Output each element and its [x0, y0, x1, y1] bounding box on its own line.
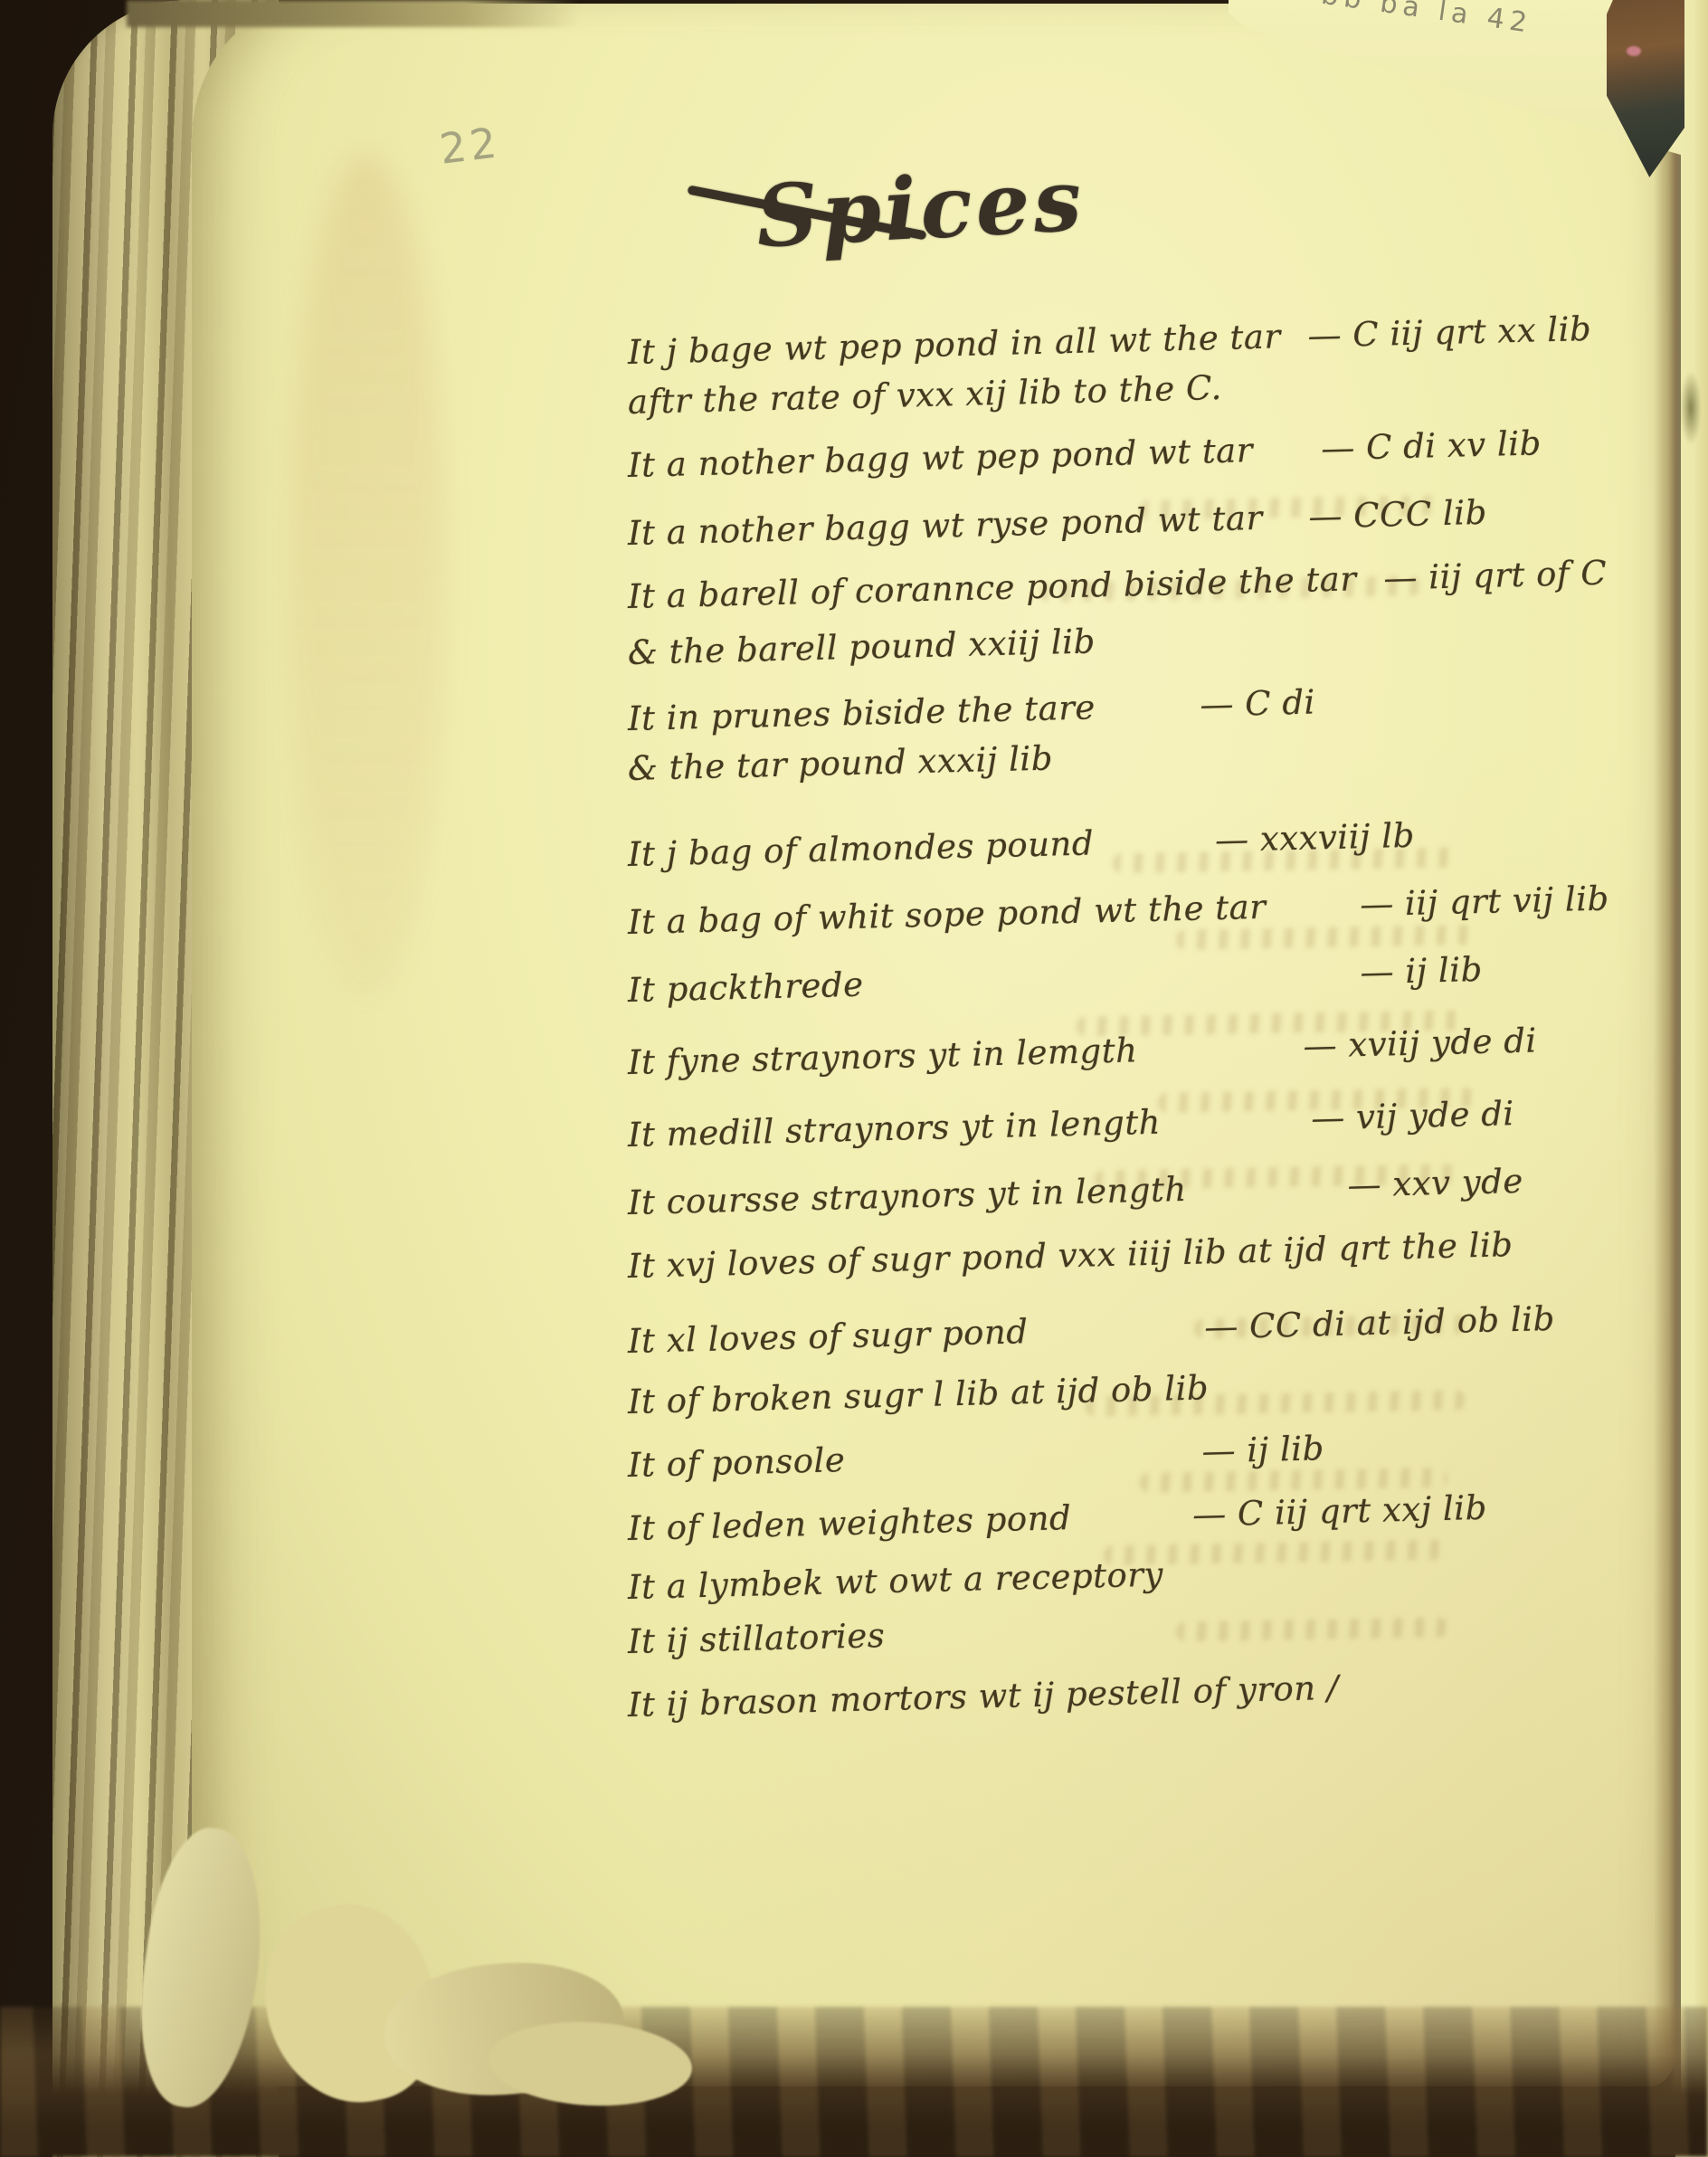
line-item-text: It ij stillatories: [627, 1616, 885, 1661]
line-item-text: It of ponsole: [627, 1440, 845, 1485]
line-amount: — ij lib: [1201, 1429, 1324, 1470]
line-amount: — xxxviij lb: [1215, 816, 1416, 860]
red-speck: [1627, 46, 1641, 56]
line-amount: — C iij qrt xx lib: [1307, 309, 1592, 356]
line-amount: — vij yde di: [1311, 1094, 1514, 1137]
page-bottom-shadow: [0, 2007, 1708, 2157]
line-amount: — CCC lib: [1308, 493, 1487, 537]
folio-number-pencil: 22: [437, 118, 503, 174]
page-stain: [289, 154, 443, 995]
line-amount: — C di: [1200, 682, 1315, 724]
line-amount: — C di xv lib: [1321, 423, 1542, 468]
line-amount: — ij lib: [1360, 950, 1483, 992]
line-amount: — C iij qrt xxj lib: [1192, 1488, 1488, 1535]
manuscript-line: It ij stillatories: [627, 1616, 885, 1661]
photograph-of-manuscript: a bb ba la 42 22 Spices It j bage wt pep…: [0, 0, 1708, 2157]
page-stack-top-edge: [127, 0, 579, 27]
ink-stain: [1681, 373, 1701, 443]
line-amount: — iij qrt of C: [1383, 554, 1608, 598]
line-item-text: It packthrede: [627, 965, 863, 1010]
line-amount: — iij qrt vij lib: [1360, 879, 1609, 924]
line-amount: — xxv yde: [1347, 1162, 1523, 1205]
pencil-inscription: a bb ba la 42: [1284, 0, 1534, 40]
page-edge-shadow: [1654, 0, 1681, 2108]
line-amount: — xviij yde di: [1303, 1021, 1537, 1065]
